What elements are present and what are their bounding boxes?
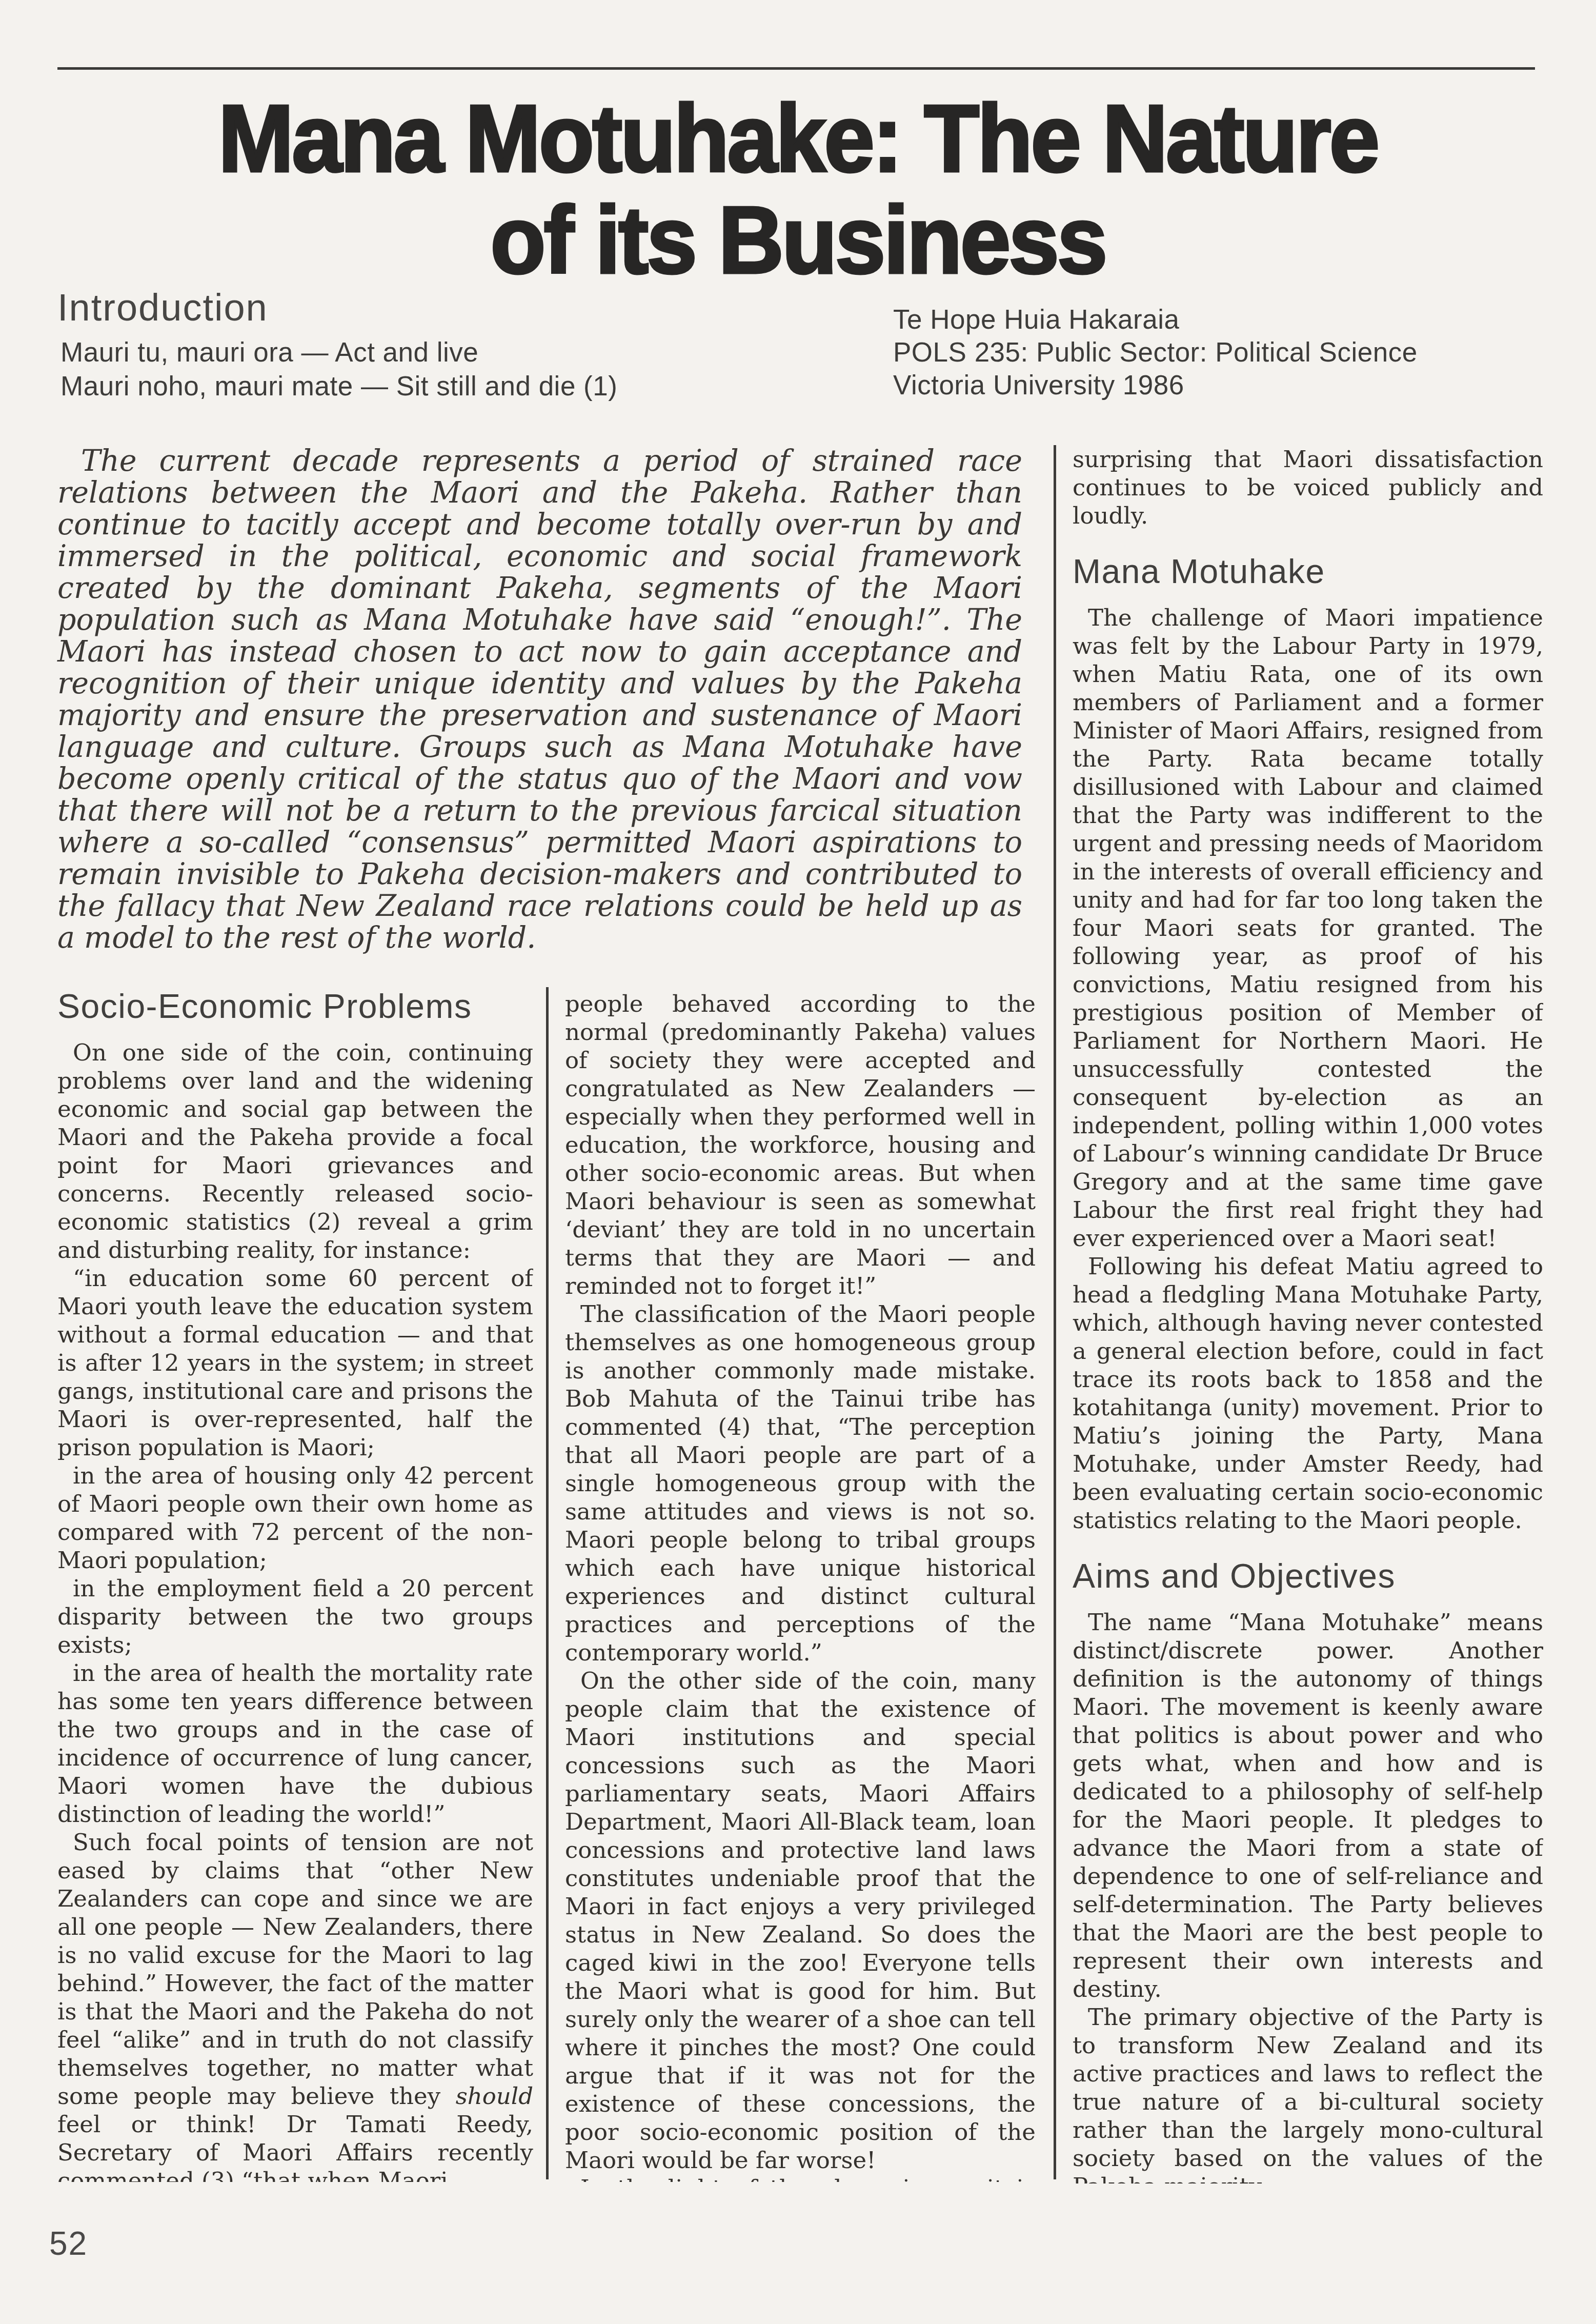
epigraph-line-2: Mauri noho, mauri mate — Sit still and d…	[60, 370, 617, 404]
magazine-page: Mana Motuhake: The Nature of its Busines…	[0, 0, 1596, 2324]
body-paragraph: On one side of the coin, continuing prob…	[57, 1038, 533, 1264]
column-right-cont: surprising that Maori dissatisfaction co…	[1073, 445, 1543, 530]
body-paragraph: The challenge of Maori impatience was fe…	[1073, 604, 1543, 1252]
page-title: Mana Motuhake: The Nature of its Busines…	[40, 88, 1556, 291]
column-left-body: On one side of the coin, continuing prob…	[57, 1038, 533, 2182]
body-paragraph: in the area of health the mortality rate…	[57, 1659, 533, 1828]
epigraph-line-1: Mauri tu, mauri ora — Act and live	[60, 336, 617, 370]
byline-course: POLS 235: Public Sector: Political Scien…	[893, 336, 1418, 369]
body-paragraph: people behaved according to the normal (…	[565, 990, 1036, 1300]
body-paragraph: On the other side of the coin, many peop…	[565, 1667, 1036, 2174]
page-number: 52	[49, 2225, 88, 2262]
column-middle: people behaved according to the normal (…	[565, 990, 1036, 2182]
byline: Te Hope Huia Hakaraia POLS 235: Public S…	[893, 304, 1418, 402]
column-right-part1: The challenge of Maori impatience was fe…	[1073, 604, 1543, 1534]
intro-heading: Introduction	[57, 287, 268, 328]
body-paragraph: surprising that Maori dissatisfaction co…	[1073, 445, 1543, 530]
section-heading-mana-motuhake: Mana Motuhake	[1073, 552, 1543, 590]
byline-author: Te Hope Huia Hakaraia	[893, 304, 1418, 336]
byline-institution: Victoria University 1986	[893, 369, 1418, 402]
column-middle-body: people behaved according to the normal (…	[565, 990, 1036, 2182]
body-paragraph: The classification of the Maori people t…	[565, 1300, 1036, 1667]
top-rule	[57, 67, 1535, 70]
body-paragraph: in the area of housing only 42 percent o…	[57, 1461, 533, 1574]
page-title-line2: of its Business	[40, 190, 1556, 291]
body-paragraph: In the light of the above issues it is n…	[565, 2174, 1036, 2182]
body-paragraph: Such focal points of tension are not eas…	[57, 1828, 533, 2182]
column-right: surprising that Maori dissatisfaction co…	[1073, 445, 1543, 2183]
body-paragraph: in the employment field a 20 percent dis…	[57, 1574, 533, 1659]
column-divider-right	[1054, 445, 1056, 2179]
epigraph: Mauri tu, mauri ora — Act and live Mauri…	[60, 336, 617, 404]
body-paragraph: “in education some 60 percent of Maori y…	[57, 1264, 533, 1461]
column-right-part2: The name “Mana Motuhake” means distinct/…	[1073, 1608, 1543, 2183]
body-paragraph: The name “Mana Motuhake” means distinct/…	[1073, 1608, 1543, 2003]
column-divider-left	[546, 987, 549, 2179]
body-paragraph: Following his defeat Matiu agreed to hea…	[1073, 1252, 1543, 1534]
lead-paragraph: The current decade represents a period o…	[57, 445, 1022, 954]
body-paragraph: The primary objective of the Party is to…	[1073, 2003, 1543, 2183]
page-title-line1: Mana Motuhake: The Nature	[40, 88, 1556, 190]
column-left: Socio-Economic Problems On one side of t…	[57, 987, 533, 2182]
section-heading-aims-objectives: Aims and Objectives	[1073, 1557, 1543, 1595]
section-heading-socio-economic: Socio-Economic Problems	[57, 987, 533, 1025]
